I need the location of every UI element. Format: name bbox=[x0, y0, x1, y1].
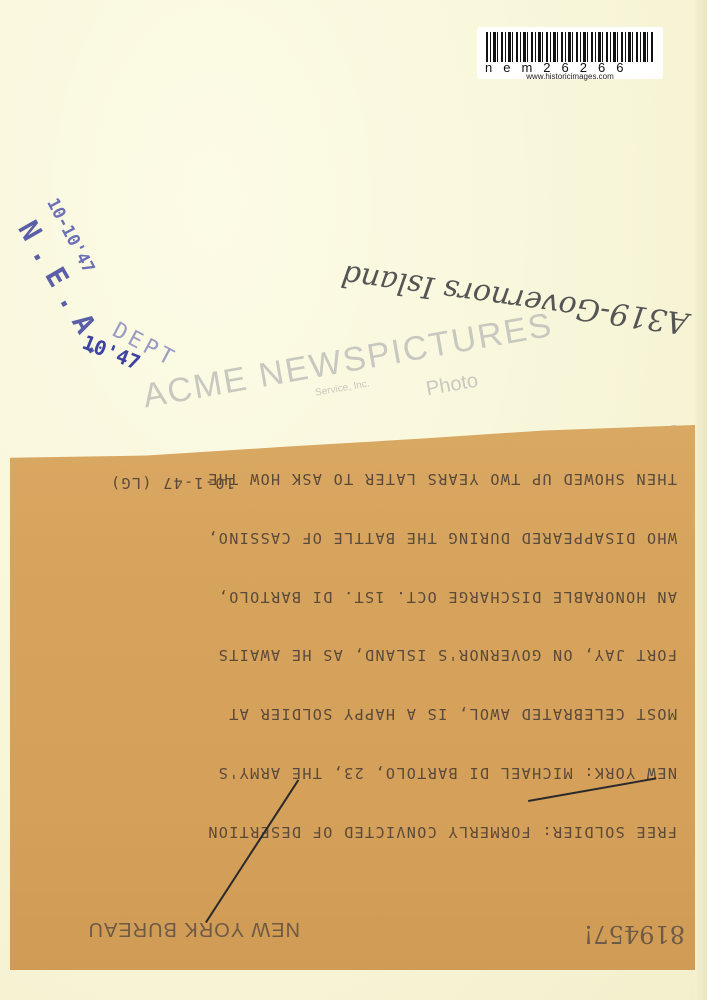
barcode-bars bbox=[486, 32, 654, 62]
caption-line: FORT JAY, ON GOVERNOR'S ISLAND, AS HE AW… bbox=[37, 645, 677, 665]
caption-slip: 819457! NEW YORK BUREAU FREE SOLDIER: FO… bbox=[10, 425, 695, 970]
file-number: 819457! bbox=[584, 920, 685, 948]
caption-slip-rotated: 819457! NEW YORK BUREAU FREE SOLDIER: FO… bbox=[10, 425, 695, 970]
caption-line: AN HONORABLE DISCHARGE OCT. 1ST. DI BART… bbox=[37, 586, 677, 606]
paper-edge bbox=[695, 0, 707, 1000]
bureau-label: NEW YORK BUREAU bbox=[88, 917, 300, 940]
barcode-label: nem26266 www.historicimages.com bbox=[477, 27, 663, 79]
barcode-website: www.historicimages.com bbox=[477, 72, 663, 81]
caption-dateline: 10-1-47 (LG) bbox=[110, 474, 235, 492]
caption-line: WHO DISAPPEARED DURING THE BATTLE OF CAS… bbox=[37, 527, 677, 547]
caption-line: MOST CELEBRATED AWOL, IS A HAPPY SOLDIER… bbox=[37, 704, 677, 724]
caption-line: FREE SOLDIER: FORMERLY CONVICTED OF DESE… bbox=[37, 821, 677, 841]
caption-line: NEW YORK: MICHAEL DI BARTOLO, 23, THE AR… bbox=[37, 762, 677, 782]
